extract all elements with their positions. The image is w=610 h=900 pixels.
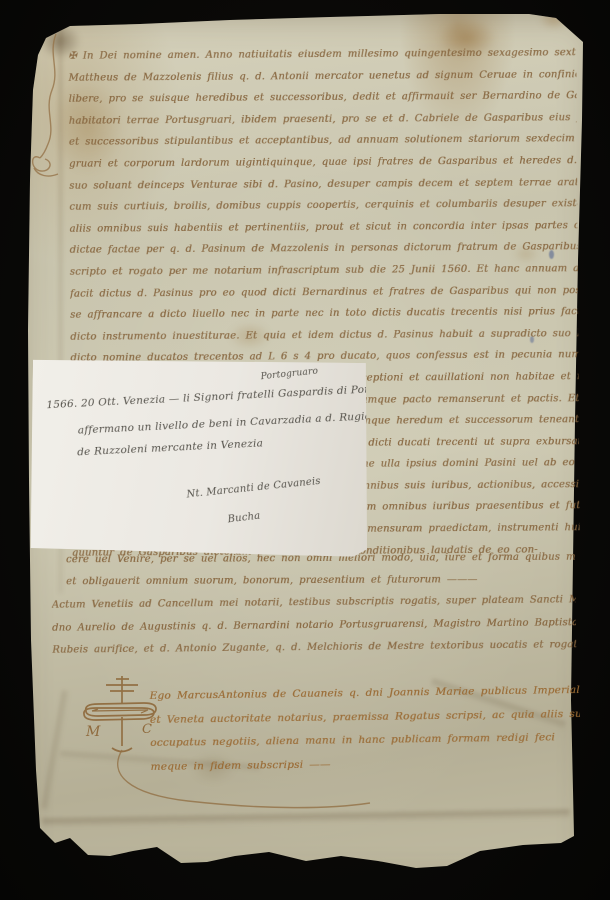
slip-line-2: affermano un livello de beni in Cavarzad…	[78, 410, 384, 437]
notarial-signum: M C	[68, 670, 398, 820]
signum-letter-m: M	[85, 724, 101, 740]
stain	[538, 8, 570, 30]
signum-letter-c: C	[142, 722, 152, 737]
actum-paragraph: Actum Venetiis ad Cancellum mei notarii,…	[52, 589, 577, 662]
manuscript-line: et obligauerit omnium suorum, bonorum, p…	[66, 568, 576, 592]
photo-background: ✠ In Dei nomine amen. Anno natiuitatis e…	[0, 0, 610, 900]
archival-slip: Portogruaro 1566. 20 Ott. Venezia — li S…	[29, 356, 371, 557]
slip-notary-note: Nt. Marcanti de Cavaneis	[186, 476, 321, 501]
slip-date-line: 1566. 20 Ott. Venezia — li Signori frate…	[46, 381, 418, 411]
crease	[42, 690, 71, 810]
slip-secondary-note: Bucha	[227, 511, 261, 526]
slip-line-3: de Ruzzoleni mercante in Venezia	[77, 437, 263, 458]
signum-flourish	[118, 750, 370, 808]
slip-corner-note: Portogruaro	[261, 366, 319, 382]
